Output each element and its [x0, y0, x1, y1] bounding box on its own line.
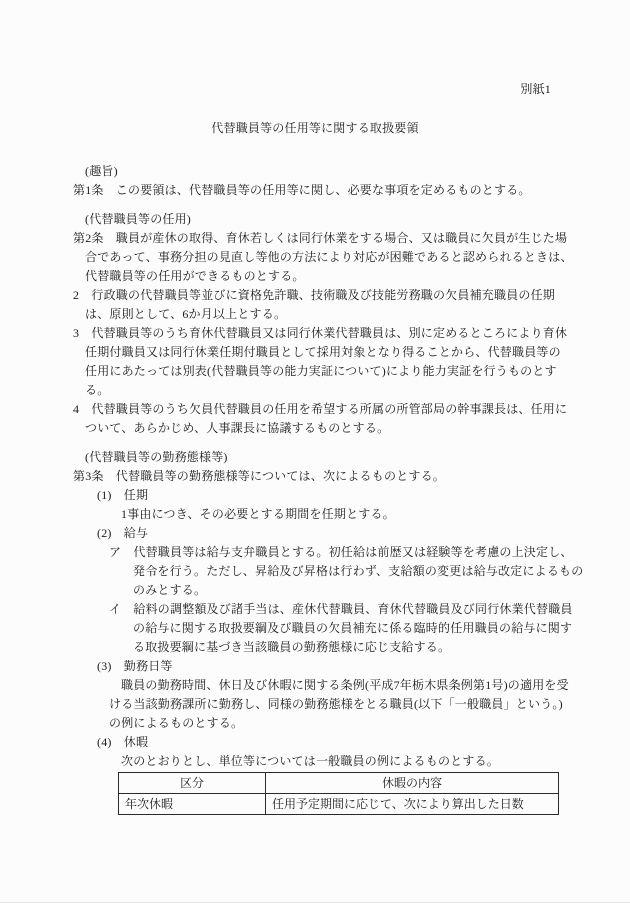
document-line: ける当該勤務課所に勤務し、同様の勤務態様をとる職員(以下「一般職員」という。) [0, 695, 630, 714]
document-line: (1) 任期 [0, 486, 630, 505]
document-page: 別紙1代替職員等の任用等に関する取扱要領(趣旨)第1条 この要領は、代替職員等の… [0, 0, 630, 903]
leave-table-header: 区分休暇の内容 [119, 773, 559, 794]
document-line: 3 代替職員等のうち育休代替職員又は同行休業代替職員は、別に定めるところにより育… [0, 324, 630, 343]
table-header-row: 区分休暇の内容 [119, 773, 559, 794]
document-line: 第1条 この要領は、代替職員等の任用等に関し、必要な事項を定めるものとする。 [0, 181, 630, 200]
document-line: (2) 給与 [0, 524, 630, 543]
document-line: の例によるものとする。 [0, 714, 630, 733]
document-line: ア 代替職員等は給与支弁職員とする。初任給は前歴又は経験等を考慮の上決定し、 [0, 543, 630, 562]
attachment-label: 別紙1 [0, 80, 630, 99]
document-line: イ 給料の調整額及び諸手当は、産休代替職員、育休代替職員及び同行休業代替職員 [0, 600, 630, 619]
document-line: 任用にあたっては別表(代替職員等の能力実証について)により能力実証を行うものとす [0, 362, 630, 381]
document-line: る。 [0, 381, 630, 400]
document-line: る取扱要綱に基づき当該職員の勤務態様に応じ支給する。 [0, 638, 630, 657]
document-line: 第2条 職員が産休の取得、育休若しくは同行休業をする場合、又は職員に欠員が生じた… [0, 229, 630, 248]
section-heading: (代替職員等の勤務態様等) [0, 448, 630, 467]
document-line: 1事由につき、その必要とする期間を任期とする。 [0, 505, 630, 524]
table-row: 年次休暇任用予定期間に応じて、次により算出した日数 [119, 794, 559, 815]
document-line: 任期付職員又は同行休業任期付職員として採用対象となり得ることから、代替職員等の [0, 343, 630, 362]
document-body: 別紙1代替職員等の任用等に関する取扱要領(趣旨)第1条 この要領は、代替職員等の… [0, 80, 630, 771]
document-line: の給与に関する取扱要綱及び職員の欠員補充に係る臨時的任用職員の給与に関す [0, 619, 630, 638]
document-line: のみとする。 [0, 581, 630, 600]
section-heading: (趣旨) [0, 162, 630, 181]
document-line: 2 行政職の代替職員等並びに資格免許職、技術職及び技能労務職の欠員補充職員の任期 [0, 286, 630, 305]
document-line: ついて、あらかじめ、人事課長に協議するものとする。 [0, 419, 630, 438]
document-line: 合であって、事務分担の見直し等他の方法により対応が困難であると認められるときは、 [0, 248, 630, 267]
document-line: 次のとおりとし、単位等については一般職員の例によるものとする。 [0, 752, 630, 771]
table-header-cell: 休暇の内容 [266, 773, 559, 794]
section-heading: (代替職員等の任用) [0, 210, 630, 229]
document-title: 代替職員等の任用等に関する取扱要領 [0, 119, 630, 138]
document-line: (4) 休暇 [0, 733, 630, 752]
document-line: 第3条 代替職員等の勤務態様等については、次によるものとする。 [0, 467, 630, 486]
document-line: 代替職員等の任用ができるものとする。 [0, 267, 630, 286]
document-line: は、原則として、6か月以上とする。 [0, 305, 630, 324]
document-line: (3) 勤務日等 [0, 657, 630, 676]
document-line: 職員の勤務時間、休日及び休暇に関する条例(平成7年栃木県条例第1号)の適用を受 [0, 676, 630, 695]
document-line: 4 代替職員等のうち欠員代替職員の任用を希望する所属の所管部局の幹事課長は、任用… [0, 400, 630, 419]
leave-table: 区分休暇の内容 年次休暇任用予定期間に応じて、次により算出した日数 [118, 772, 559, 815]
table-cell: 年次休暇 [119, 794, 266, 815]
table-header-cell: 区分 [119, 773, 266, 794]
table-cell: 任用予定期間に応じて、次により算出した日数 [266, 794, 559, 815]
document-line: 発令を行う。ただし、昇給及び昇格は行わず、支給額の変更は給与改定によるもの [0, 562, 630, 581]
leave-table-body: 年次休暇任用予定期間に応じて、次により算出した日数 [119, 794, 559, 815]
